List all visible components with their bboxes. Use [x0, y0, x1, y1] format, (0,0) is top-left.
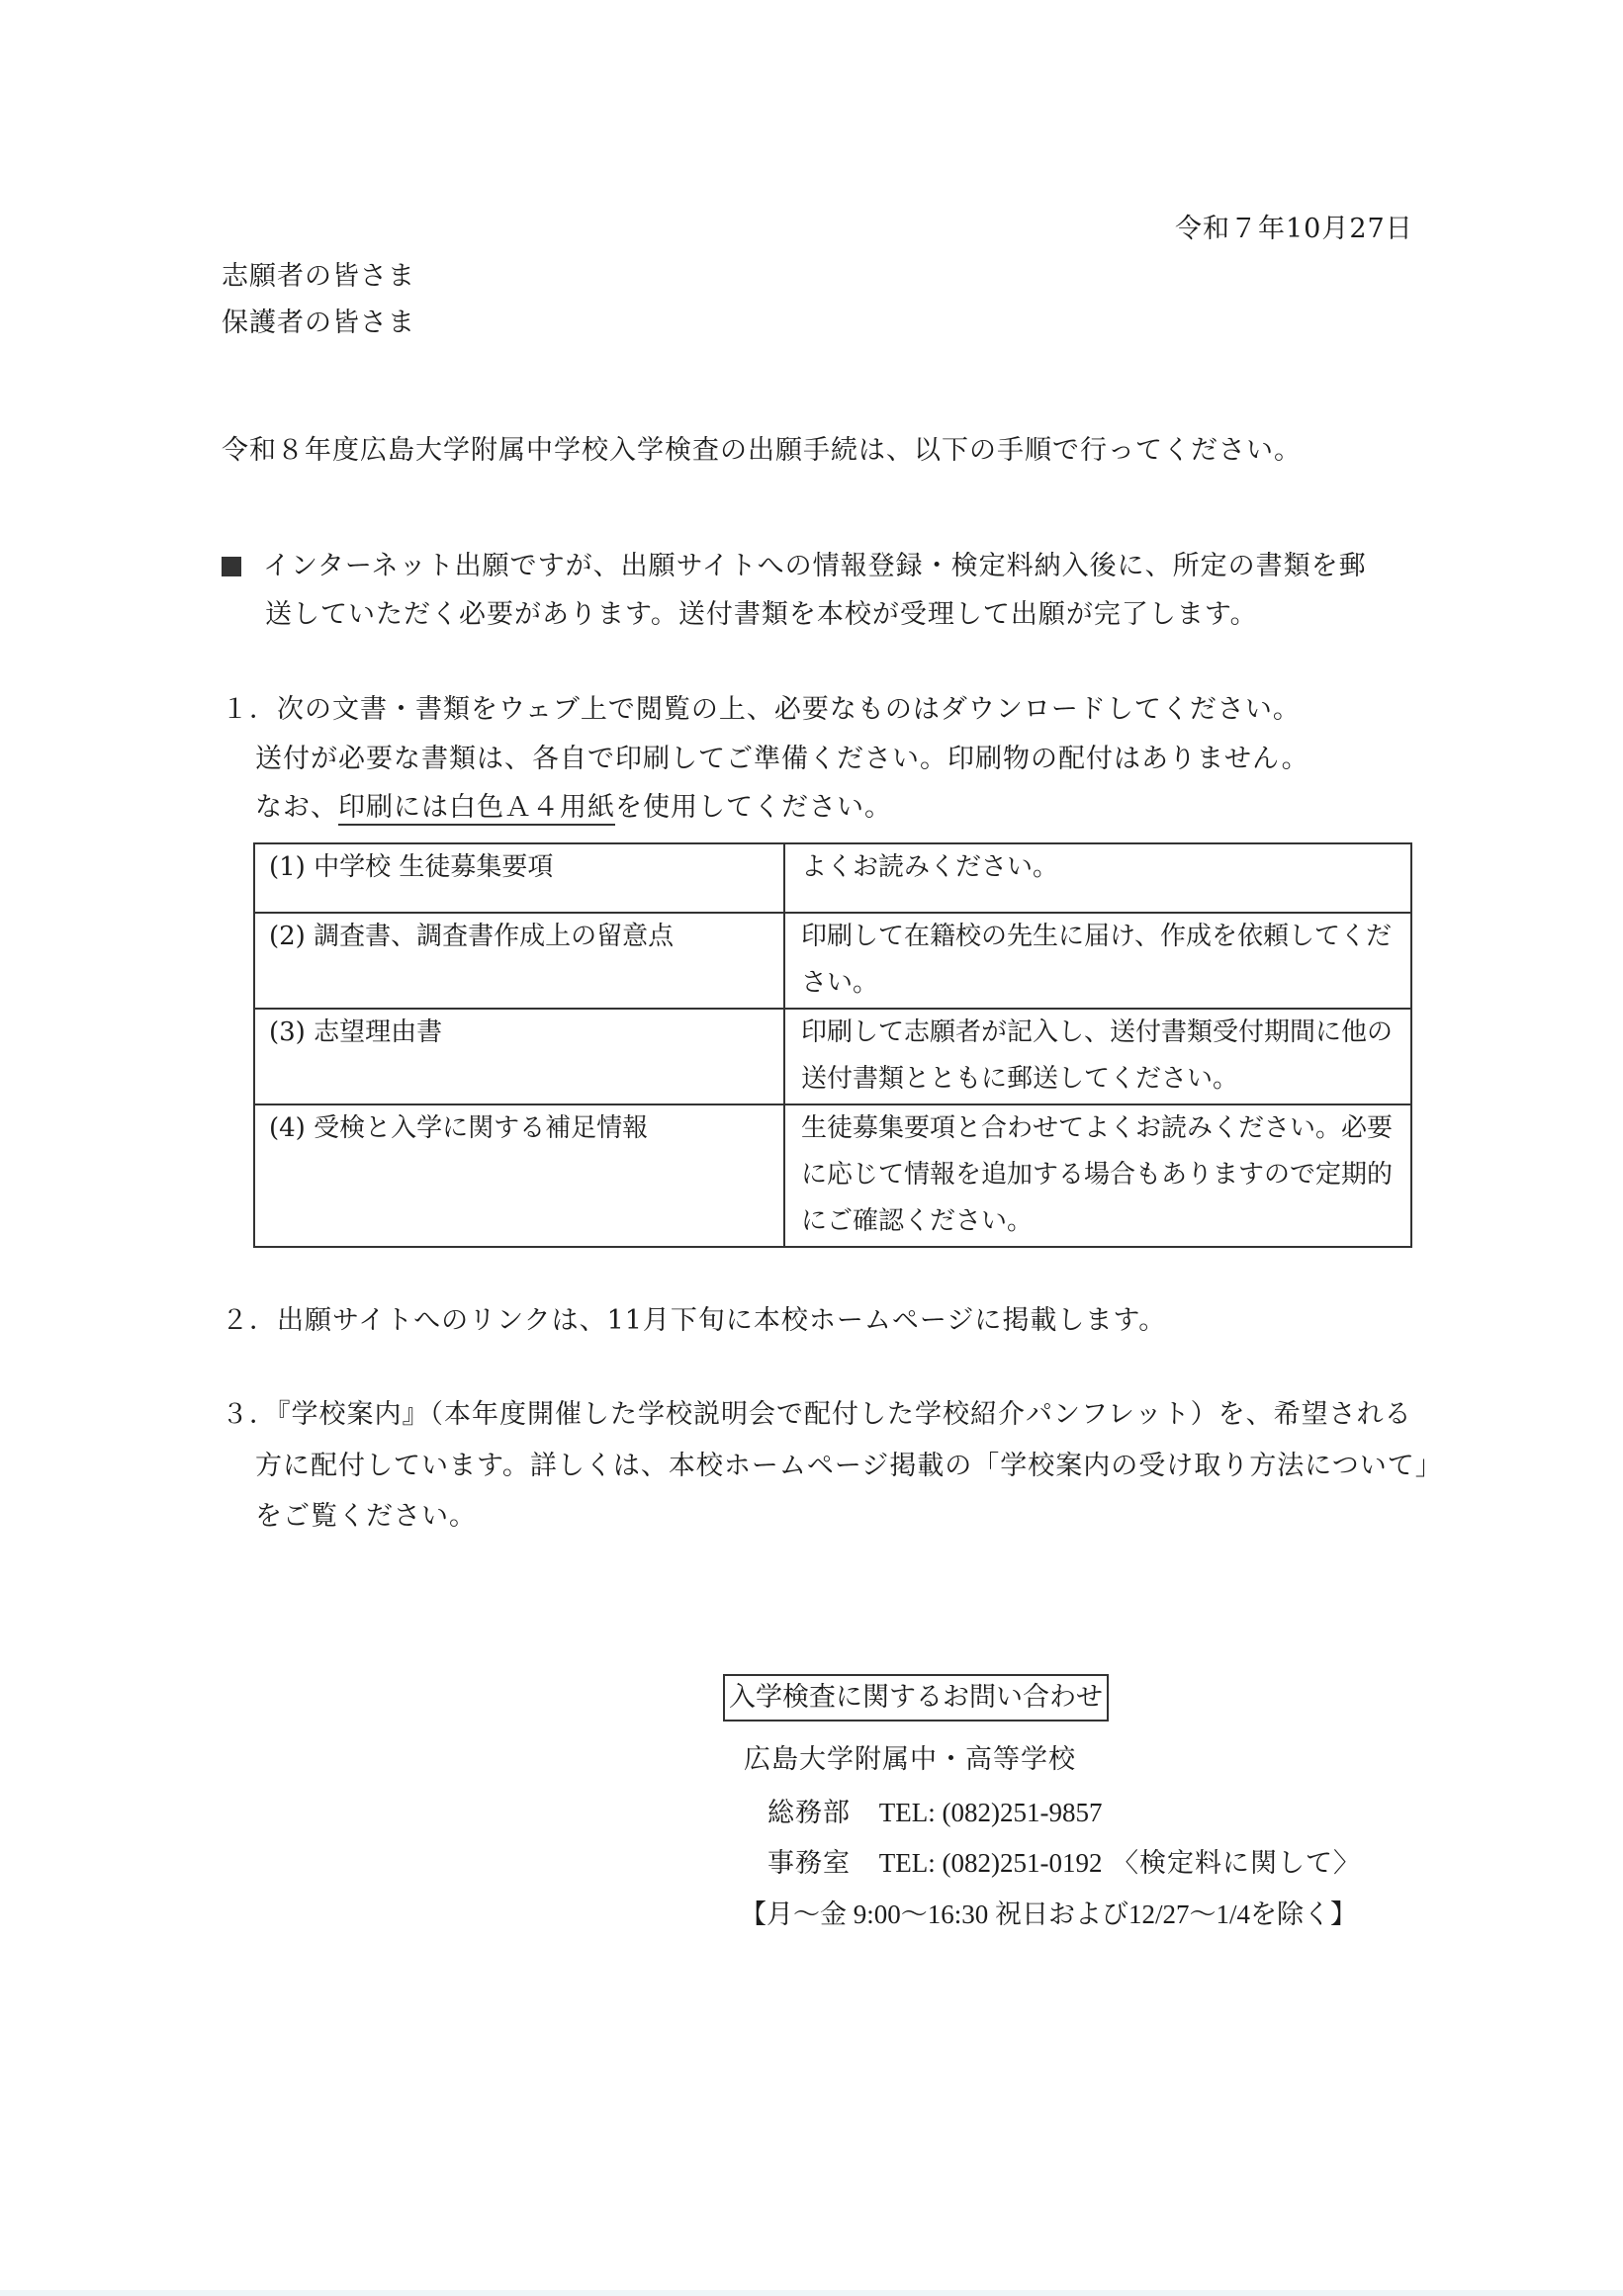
- document-date: 令和７年10月27日: [1175, 212, 1413, 247]
- department-note: 〈検定料に関して〉: [1112, 1848, 1361, 1879]
- item1-line-1: １．次の文書・書類をウェブ上で閲覧の上、必要なものはダウンロードしてください。: [222, 692, 1301, 728]
- documents-table: (1) 中学校 生徒募集要項 よくお読みください。 (2) 調査書、調査書作成上…: [253, 842, 1412, 1248]
- item3-line-2: 方に配付しています。詳しくは、本校ホームページ掲載の「学校案内の受け取り方法につ…: [255, 1449, 1443, 1484]
- black-square-bullet-icon: [222, 557, 241, 576]
- document-note: よくお読みください。: [784, 843, 1411, 913]
- contact-title-box: 入学検査に関するお問い合わせ: [723, 1674, 1109, 1722]
- table-row: (1) 中学校 生徒募集要項 よくお読みください。: [254, 843, 1411, 913]
- document-name: (4) 受検と入学に関する補足情報: [254, 1104, 784, 1247]
- document-note: 印刷して志願者が記入し、送付書類受付期間に他の送付書類とともに郵送してください。: [784, 1009, 1411, 1104]
- phone-number: TEL: (082)251-9857: [879, 1798, 1103, 1827]
- notice-line-2: 送していただく必要があります。送付書類を本校が受理して出願が完了します。: [265, 597, 1258, 633]
- document-name: (2) 調査書、調査書作成上の留意点: [254, 913, 784, 1009]
- item1-suffix: を使用してください。: [615, 792, 892, 823]
- item1-prefix: なお、: [255, 792, 338, 823]
- department-name: 事務室: [767, 1848, 851, 1879]
- item1-underlined-paper-note: 印刷には白色Ａ４用紙: [338, 792, 615, 826]
- school-name: 広島大学附属中・高等学校: [744, 1742, 1076, 1778]
- notice-text-1: インターネット出願ですが、出願サイトへの情報登録・検定料納入後に、所定の書類を郵: [263, 551, 1367, 581]
- document-note: 生徒募集要項と合わせてよくお読みください。必要に応じて情報を追加する場合もありま…: [784, 1104, 1411, 1247]
- addressee-guardians: 保護者の皆さま: [222, 306, 415, 341]
- department-name: 総務部: [767, 1798, 851, 1828]
- table-row: (3) 志望理由書 印刷して志願者が記入し、送付書類受付期間に他の送付書類ととも…: [254, 1009, 1411, 1104]
- item3-line-1: ３．『学校案内』（本年度開催した学校説明会で配付した学校紹介パンフレット）を、希…: [222, 1397, 1412, 1433]
- table-row: (2) 調査書、調査書作成上の留意点 印刷して在籍校の先生に届け、作成を依頼して…: [254, 913, 1411, 1009]
- document-name: (1) 中学校 生徒募集要項: [254, 843, 784, 913]
- intro-text: 令和８年度広島大学附属中学校入学検査の出願手続は、以下の手順で行ってください。: [222, 433, 1302, 469]
- contact-office: 事務室 TEL: (082)251-0192 〈検定料に関して〉: [767, 1845, 1361, 1882]
- item1-line-3: なお、印刷には白色Ａ４用紙を使用してください。: [255, 790, 892, 826]
- scan-edge: [0, 2290, 1623, 2296]
- addressee-applicants: 志願者の皆さま: [222, 259, 415, 295]
- contact-general-affairs: 総務部 TEL: (082)251-9857: [767, 1795, 1102, 1831]
- table-row: (4) 受検と入学に関する補足情報 生徒募集要項と合わせてよくお読みください。必…: [254, 1104, 1411, 1247]
- notice-line-1: インターネット出願ですが、出願サイトへの情報登録・検定料納入後に、所定の書類を郵: [222, 549, 1367, 584]
- phone-number: TEL: (082)251-0192: [879, 1848, 1103, 1878]
- document-name: (3) 志望理由書: [254, 1009, 784, 1104]
- item2-text: ２．出願サイトへのリンクは、11月下旬に本校ホームページに掲載します。: [222, 1303, 1166, 1339]
- item3-line-3: をご覧ください。: [255, 1499, 477, 1535]
- office-hours: 【月～金 9:00～16:30 祝日および12/27～1/4を除く】: [740, 1897, 1357, 1932]
- item1-line-2: 送付が必要な書類は、各自で印刷してご準備ください。印刷物の配付はありません。: [255, 742, 1309, 777]
- document-note: 印刷して在籍校の先生に届け、作成を依頼してください。: [784, 913, 1411, 1009]
